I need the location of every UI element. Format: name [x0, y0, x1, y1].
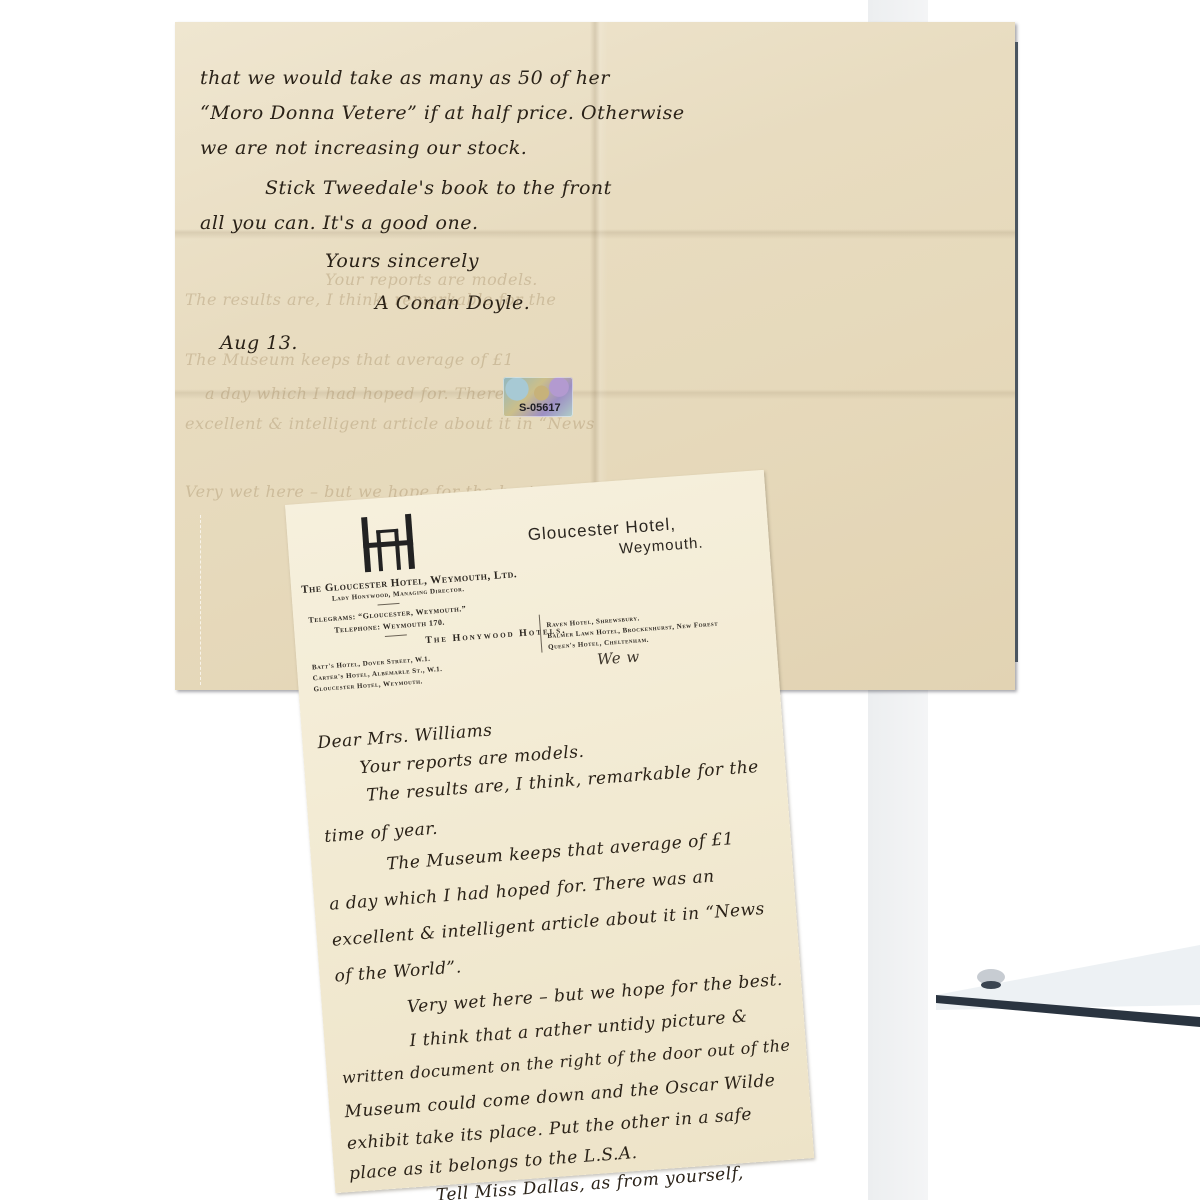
divider — [378, 603, 400, 606]
letter-line: all you can. It's a good one. — [200, 212, 478, 234]
letter-line: that we would take as many as 50 of her — [200, 67, 610, 89]
sheet-edge — [1015, 42, 1018, 662]
group-title: The Honywood Hotels. — [425, 625, 567, 646]
marginal-note: We w — [596, 647, 640, 668]
hotel-monogram-logo — [361, 514, 415, 573]
letter-line: we are not increasing our stock. — [200, 137, 527, 159]
authentication-hologram-sticker: S-05617 — [503, 377, 573, 417]
hotel-town: Weymouth. — [619, 534, 705, 557]
sticker-code: S-05617 — [519, 402, 561, 414]
stitch-line — [200, 515, 211, 685]
letter-line: time of year. — [324, 819, 439, 847]
letter-line: “Moro Donna Vetere” if at half price. Ot… — [200, 102, 685, 124]
bleed-through-text: Your reports are models. — [325, 270, 538, 289]
divider — [385, 634, 407, 637]
salutation: Dear Mrs. Williams — [317, 720, 493, 753]
letterhead-sheet: Gloucester Hotel, Weymouth. The Gloucest… — [285, 470, 814, 1193]
bleed-through-text: The results are, I think, remarkable for… — [185, 290, 556, 309]
letter-line: of the World”. — [334, 957, 462, 986]
acrylic-stand — [936, 935, 1200, 1035]
letter-closing: Yours sincerely — [325, 250, 479, 272]
letter-line: Stick Tweedale's book to the front — [265, 177, 612, 199]
bleed-through-text: The Museum keeps that average of £1 — [185, 350, 514, 369]
